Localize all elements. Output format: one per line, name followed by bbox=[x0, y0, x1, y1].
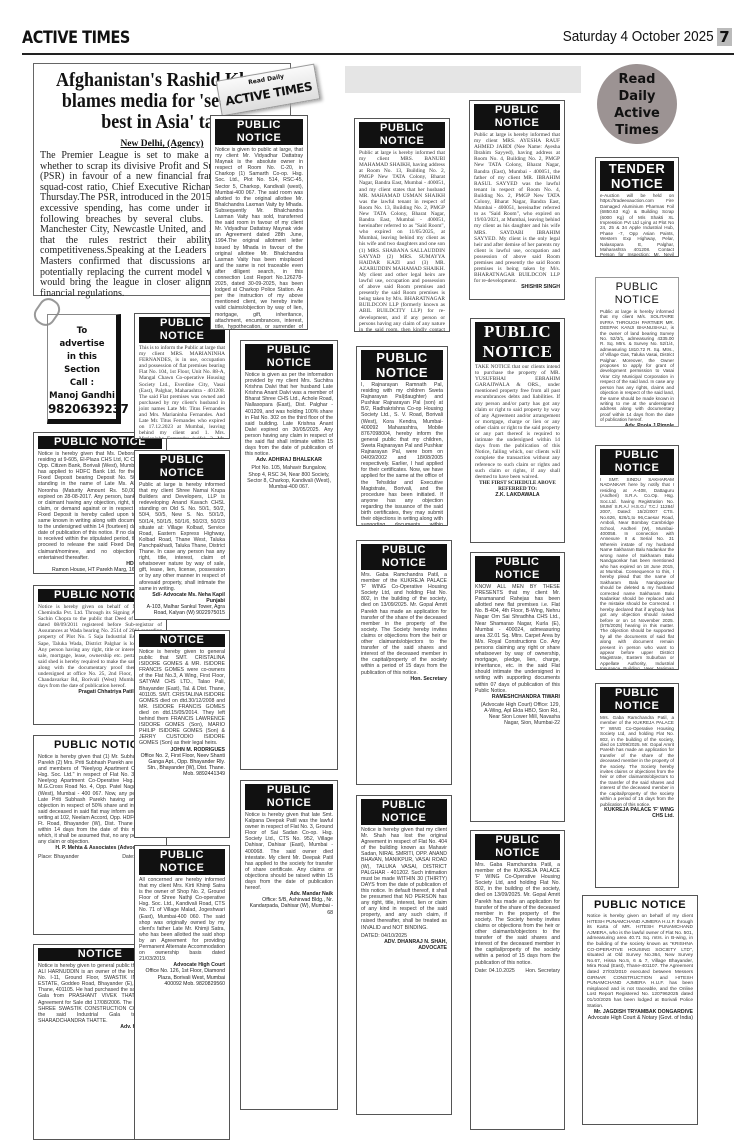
page-number: 7 bbox=[717, 28, 732, 46]
notice-raheja-dalvi-2: PUBLIC NOTICE Notice is hereby given tha… bbox=[240, 780, 338, 1110]
masthead: ACTIVE TIMES bbox=[22, 28, 428, 44]
notice-ayesha-jabdi: PUBLIC NOTICE Public at large is hereby … bbox=[469, 100, 565, 300]
notice-maynak: PUBLIC NOTICE Notice is given to public … bbox=[210, 115, 308, 330]
notice-kukreja-right: PUBLIC NOTICE Mrs. Gaba Ramchandra Patil… bbox=[595, 683, 679, 888]
notice-shah: PUBLIC NOTICE Notice is hereby given tha… bbox=[356, 795, 452, 1115]
notice-patil-sai-sadan: PUBLIC NOTICE Mrs. Gaba Ramchandra Patil… bbox=[356, 540, 452, 785]
tender-notice: TENDER NOTICE e-Auction will be held on … bbox=[595, 157, 679, 257]
notice-raheja: PUBLIC NOTICE KNOW ALL MEN BY THESE PRES… bbox=[470, 552, 565, 822]
notice-marianinha: PUBLIC NOTICE This is to inform the Publ… bbox=[134, 313, 230, 439]
notice-shree-namai: PUBLIC NOTICE Public at large is hereby … bbox=[134, 450, 230, 620]
notice-sindu-nadankar: PUBLIC NOTICE I SMT. SINDU SAKHARAM NADA… bbox=[595, 445, 679, 670]
notice-banubi-shaikh: PUBLIC NOTICE Public at large is hereby … bbox=[354, 118, 450, 332]
notice-ajmera: PUBLIC NOTICE Notice is hereby given on … bbox=[582, 895, 698, 1125]
notice-garajiwala: PUBLIC NOTICE TAKE NOTICE that our clien… bbox=[470, 318, 565, 543]
notice-kirti-satra: PUBLIC NOTICE All concerned are hereby i… bbox=[134, 845, 230, 1140]
notice-rajnarayan-pal: PUBLIC NOTICE I, Rajnarayan Ramnath Pal,… bbox=[356, 346, 448, 526]
header-rule bbox=[22, 53, 734, 55]
grey-placeholder-bar bbox=[345, 66, 581, 93]
notice-kukreja-palace: PUBLIC NOTICE Mrs. Gaba Ramchandra Patil… bbox=[470, 830, 565, 1130]
notice-dalvi: PUBLIC NOTICE Notice is given as per the… bbox=[240, 340, 338, 770]
issue-date: Saturday 4 October 2025 bbox=[563, 28, 714, 45]
advertise-phone[interactable]: 9820639237 bbox=[48, 403, 116, 416]
advertise-box: To advertise in this Section Call : Mano… bbox=[47, 314, 121, 424]
notice-solitaire-infra: PUBLIC NOTICE Public at large is hereby … bbox=[595, 277, 679, 427]
read-daily-circle: Read Daily Active Times bbox=[597, 64, 677, 144]
notice-gomes: NOTICE Notice is hereby given to general… bbox=[134, 630, 230, 838]
